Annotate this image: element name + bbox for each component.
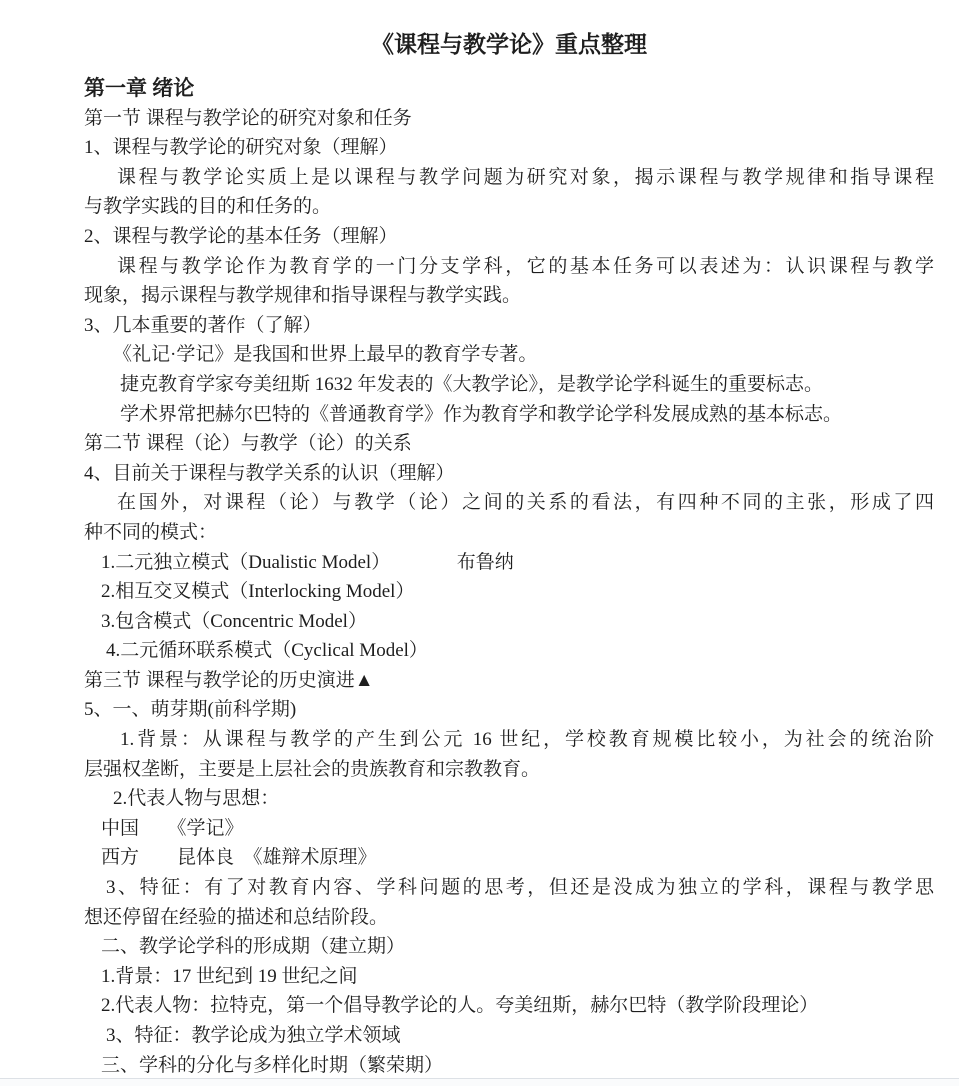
chapter-heading: 第一章 绪论 [84, 74, 934, 104]
doc-line: 捷克教育学家夸美纽斯 1632 年发表的《大教学论》，是教学论学科诞生的重要标志… [84, 370, 934, 400]
list-item: 1.二元独立模式（Dualistic Model） 布鲁纳 [84, 548, 934, 578]
doc-line: 想还停留在经验的描述和总结阶段。 [84, 903, 934, 933]
doc-line: 种不同的模式： [84, 518, 934, 548]
section-heading: 第三节 课程与教学论的历史演进▲ [84, 666, 934, 696]
doc-line: 5、一、萌芽期(前科学期) [84, 695, 934, 725]
doc-line: 课程与教学论实质上是以课程与教学问题为研究对象，揭示课程与教学规律和指导课程 [84, 163, 934, 193]
doc-line: 4、目前关于课程与教学关系的认识（理解） [84, 459, 934, 489]
doc-line: 3、特征：教学论成为独立学术领域 [84, 1021, 934, 1051]
doc-line: 3、特征：有了对教育内容、学科问题的思考，但还是没成为独立的学科，课程与教学思 [84, 873, 934, 903]
doc-line: 中国 《学记》 [84, 814, 934, 844]
doc-line: 二、教学论学科的形成期（建立期） [84, 932, 934, 962]
doc-line: 课程与教学论作为教育学的一门分支学科，它的基本任务可以表述为：认识课程与教学 [84, 252, 934, 282]
doc-line: 学术界常把赫尔巴特的《普通教育学》作为教育学和教学论学科发展成熟的基本标志。 [84, 400, 934, 430]
list-item: 2.相互交叉模式（Interlocking Model） [84, 577, 934, 607]
page-bottom-edge [0, 1078, 959, 1086]
doc-line: 现象，揭示课程与教学规律和指导课程与教学实践。 [84, 281, 934, 311]
doc-line: 层强权垄断，主要是上层社会的贵族教育和宗教教育。 [84, 755, 934, 785]
doc-line: 西方 昆体良 《雄辩术原理》 [84, 843, 934, 873]
doc-line: 在国外，对课程（论）与教学（论）之间的关系的看法，有四种不同的主张，形成了四 [84, 488, 934, 518]
section-heading: 第一节 课程与教学论的研究对象和任务 [84, 104, 934, 134]
document-title: 《课程与教学论》重点整理 [84, 30, 934, 60]
section-heading: 第二节 课程（论）与教学（论）的关系 [84, 429, 934, 459]
doc-line: 2、课程与教学论的基本任务（理解） [84, 222, 934, 252]
doc-line: 1.背景：17 世纪到 19 世纪之间 [84, 962, 934, 992]
doc-line: 2.代表人物与思想： [84, 784, 934, 814]
document-page: 《课程与教学论》重点整理 第一章 绪论 第一节 课程与教学论的研究对象和任务 1… [0, 0, 959, 1080]
doc-line: 《礼记·学记》是我国和世界上最早的教育学专著。 [84, 340, 934, 370]
doc-line: 1.背景：从课程与教学的产生到公元 16 世纪，学校教育规模比较小，为社会的统治… [84, 725, 934, 755]
doc-line: 1、课程与教学论的研究对象（理解） [84, 133, 934, 163]
doc-line: 2.代表人物：拉特克，第一个倡导教学论的人。夸美纽斯，赫尔巴特（教学阶段理论） [84, 991, 934, 1021]
list-item: 4.二元循环联系模式（Cyclical Model） [84, 636, 934, 666]
doc-line: 与教学实践的目的和任务的。 [84, 192, 934, 222]
doc-line: 3、几本重要的著作（了解） [84, 311, 934, 341]
list-item: 3.包含模式（Concentric Model） [84, 607, 934, 637]
doc-line: 三、学科的分化与多样化时期（繁荣期） [84, 1051, 934, 1081]
